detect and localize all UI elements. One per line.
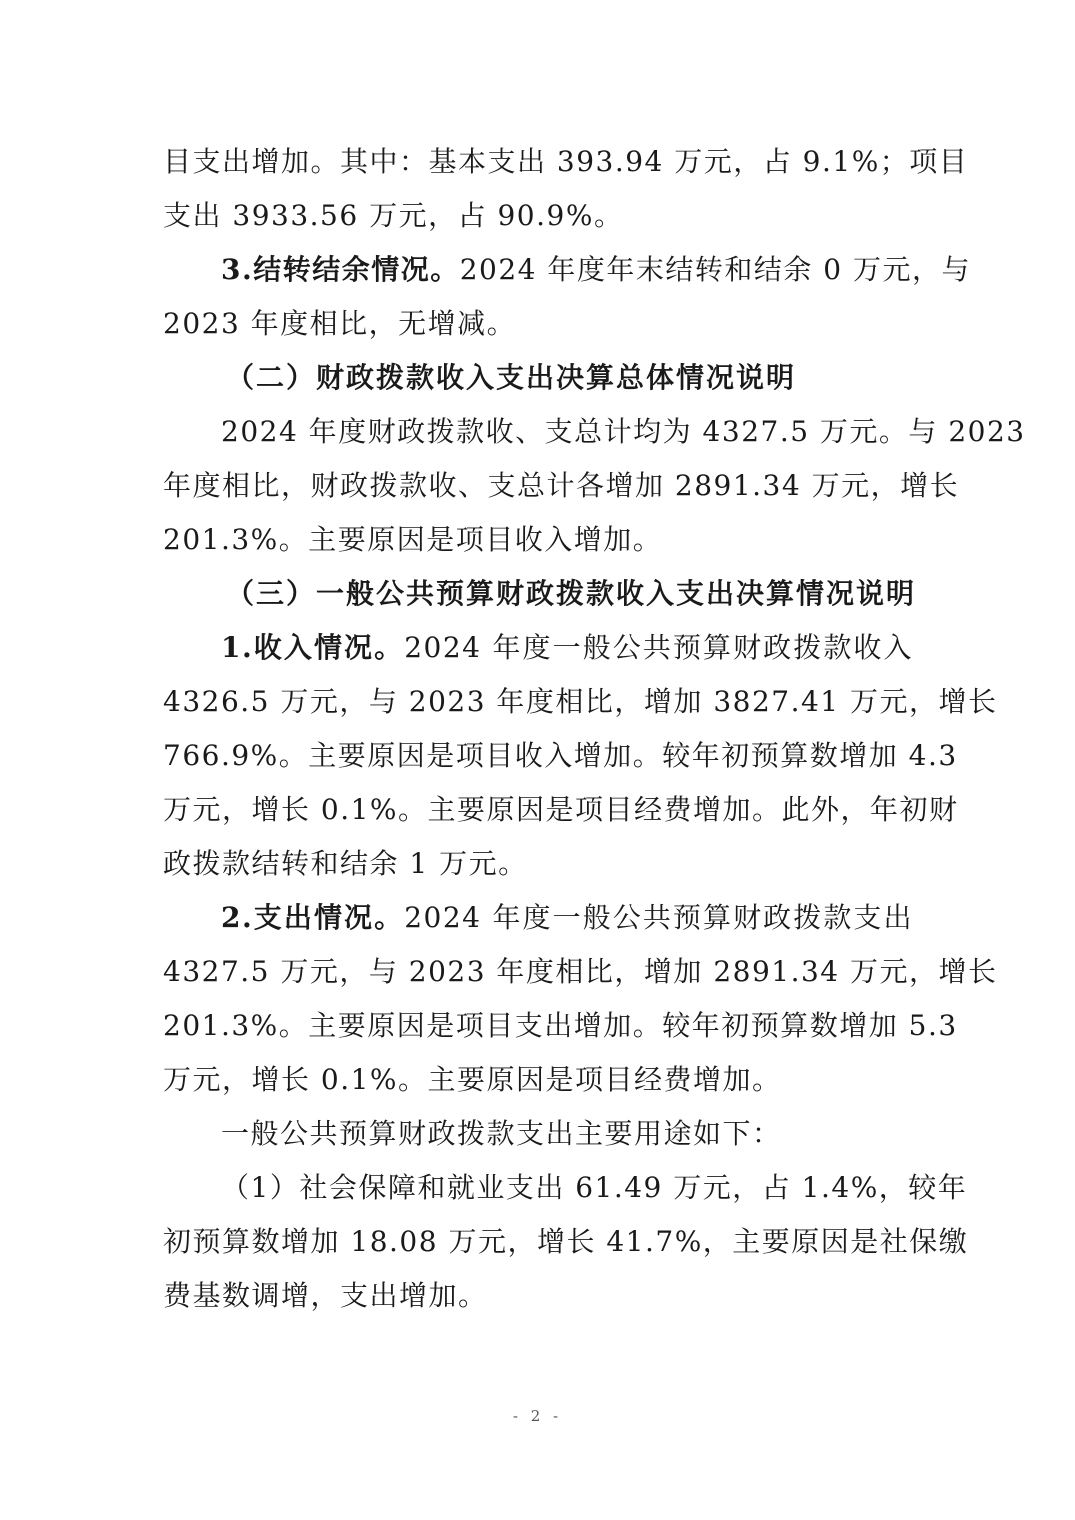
paragraph-line: 支出 3933.56 万元，占 90.9%。: [163, 196, 913, 236]
paragraph-line: 年度相比，财政拨款收、支总计各增加 2891.34 万元，增长: [163, 466, 913, 506]
paragraph-line: 万元，增长 0.1%。主要原因是项目经费增加。此外，年初财: [163, 790, 913, 830]
expense-lead: 2.支出情况。: [221, 901, 404, 934]
paragraph-text: 2024 年度年末结转和结余 0 万元，与: [460, 253, 971, 286]
document-page: 目支出增加。其中：基本支出 393.94 万元，占 9.1%；项目 支出 393…: [0, 0, 1075, 1520]
paragraph-line: 201.3%。主要原因是项目支出增加。较年初预算数增加 5.3: [163, 1006, 913, 1046]
section-heading-3: （三）一般公共预算财政拨款收入支出决算情况说明: [226, 574, 916, 614]
income-paragraph: 1.收入情况。2024 年度一般公共预算财政拨款收入: [221, 628, 913, 668]
paragraph-text: 2024 年度一般公共预算财政拨款收入: [404, 631, 913, 664]
paragraph-line: 766.9%。主要原因是项目收入增加。较年初预算数增加 4.3: [163, 736, 913, 776]
expense-paragraph: 2.支出情况。2024 年度一般公共预算财政拨款支出: [221, 898, 913, 938]
paragraph-text: 2024 年度一般公共预算财政拨款支出: [404, 901, 913, 934]
paragraph-line: 201.3%。主要原因是项目收入增加。: [163, 520, 913, 560]
paragraph-line: 2024 年度财政拨款收、支总计均为 4327.5 万元。与 2023: [221, 412, 913, 452]
paragraph-line: 万元，增长 0.1%。主要原因是项目经费增加。: [163, 1060, 913, 1100]
paragraph-line: 4326.5 万元，与 2023 年度相比，增加 3827.41 万元，增长: [163, 682, 913, 722]
paragraph-line: 费基数调增，支出增加。: [163, 1276, 913, 1316]
paragraph-line: 政拨款结转和结余 1 万元。: [163, 844, 913, 884]
page-number: - 2 -: [0, 1407, 1075, 1425]
paragraph-line: 4327.5 万元，与 2023 年度相比，增加 2891.34 万元，增长: [163, 952, 913, 992]
paragraph-line: （1）社会保障和就业支出 61.49 万元，占 1.4%，较年: [221, 1168, 913, 1208]
paragraph-line: 初预算数增加 18.08 万元，增长 41.7%，主要原因是社保缴: [163, 1222, 913, 1262]
usage-intro: 一般公共预算财政拨款支出主要用途如下：: [221, 1114, 913, 1154]
paragraph-line: 2023 年度相比，无增减。: [163, 304, 913, 344]
income-lead: 1.收入情况。: [221, 631, 404, 664]
carryover-lead: 3.结转结余情况。: [221, 253, 460, 286]
paragraph-line: 目支出增加。其中：基本支出 393.94 万元，占 9.1%；项目: [163, 142, 913, 182]
section-heading-2: （二）财政拨款收入支出决算总体情况说明: [226, 358, 916, 398]
carryover-paragraph: 3.结转结余情况。2024 年度年末结转和结余 0 万元，与: [221, 250, 913, 290]
